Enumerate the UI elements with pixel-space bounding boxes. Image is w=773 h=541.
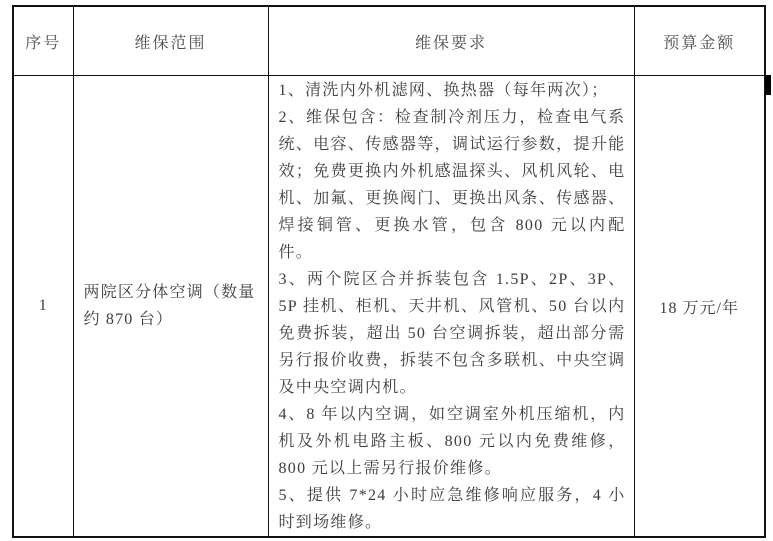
maintenance-table: 序号 维保范围 维保要求 预算金额 1 两院区分体空调（数量约 870 台） 1… bbox=[12, 5, 766, 538]
requirement-item-3: 3、两个院区合并拆装包含 1.5P、2P、3P、5P 挂机、柜机、天井机、风管机… bbox=[279, 266, 626, 401]
requirement-item-5: 5、提供 7*24 小时应急维修响应服务，4 小时到场维修。 bbox=[279, 482, 626, 536]
requirement-item-2: 2、维保包含：检查制冷剂压力，检查电气系统、电容、传感器等，调试运行参数，提升能… bbox=[279, 104, 626, 266]
row-seq: 1 bbox=[13, 76, 73, 538]
row-budget: 18 万元/年 bbox=[634, 76, 765, 538]
requirement-item-1: 1、清洗内外机滤网、换热器（每年两次）； bbox=[279, 77, 626, 104]
requirement-item-4: 4、8 年以内空调，如空调室外机压缩机，内机及外机电路主板、800 元以内免费维… bbox=[279, 401, 626, 482]
row-scope: 两院区分体空调（数量约 870 台） bbox=[73, 76, 268, 538]
column-header-requirements: 维保要求 bbox=[268, 6, 634, 76]
table-row: 1 两院区分体空调（数量约 870 台） 1、清洗内外机滤网、换热器（每年两次）… bbox=[13, 76, 765, 538]
scan-artifact bbox=[765, 75, 771, 95]
row-requirements: 1、清洗内外机滤网、换热器（每年两次）； 2、维保包含：检查制冷剂压力，检查电气… bbox=[268, 76, 634, 538]
column-header-scope: 维保范围 bbox=[73, 6, 268, 76]
column-header-seq: 序号 bbox=[13, 6, 73, 76]
column-header-budget: 预算金额 bbox=[634, 6, 765, 76]
document-page: 序号 维保范围 维保要求 预算金额 1 两院区分体空调（数量约 870 台） 1… bbox=[0, 0, 773, 541]
header-row: 序号 维保范围 维保要求 预算金额 bbox=[13, 6, 765, 76]
